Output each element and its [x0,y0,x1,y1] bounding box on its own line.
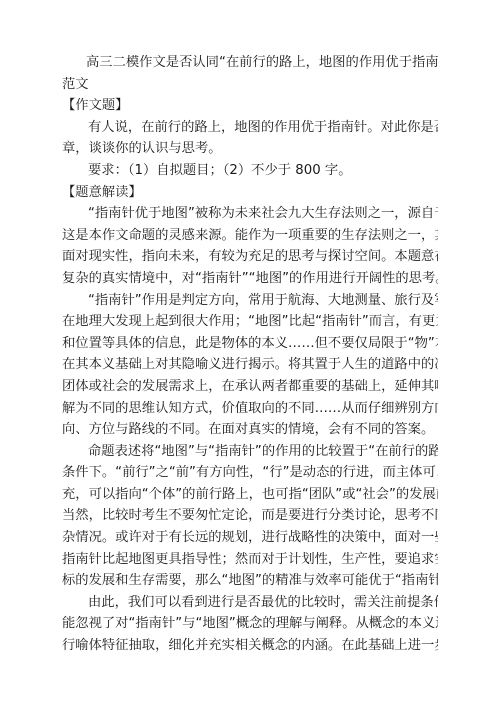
paragraph-line: “指南针”作用是判定方向，常用于航海、大地测量、旅行及军事领域，特别是 [62,290,438,312]
paragraph-line: 在地理大发现上起到很大作用；“地图”比起“指南针”而言，有更为具体的路线 [62,311,438,333]
paragraph-line: 指南针比起地图更具指导性；然而对于计划性，生产性，要追求实现一定阶段性目 [62,549,438,571]
document-page: 高三二模作文是否认同“在前行的路上，地图的作用优于指南针”题意解读及 范文 【作… [62,52,438,657]
paragraph-line: 充，可以指向“个体”的前行路上，也可指“团队”或“社会”的发展前行道路…… [62,484,438,506]
paragraph-line: 在其本义基础上对其隐喻义进行揭示。将其置于人生的道路中的决策或是规划中， [62,354,438,376]
paragraph-line: 当然，比较时考生不要匆忙定论，而是要进行分类讨论，思考不同情形下的各种复 [62,505,438,527]
paragraph-line: 行喻体特征抽取，细化并充实相关概念的内涵。在此基础上进一步推进，思考在使 [62,635,438,657]
requirements-line: 要求：（1）自拟题目；（2）不少于 800 字。 [62,160,438,182]
paragraph-line: 杂情况。或许对于有长远的规划，进行战略性的决策中，面对一些偶然性，那么， [62,527,438,549]
paragraph-line: 命题表述将“地图”与“指南针”的作用的比较置于“在前行的路上”这一限定 [62,441,438,463]
paragraph-line: “指南针优于地图”被称为未来社会九大生存法则之一，源自于《爆裂》一书， [62,203,438,225]
paragraph-line: 向、方位与路线的不同。在面对真实的情境，会有不同的答案。 [62,419,438,441]
paragraph-line: 标的发展和生存需要，那么“地图”的精准与效率可能优于“指南针”…… [62,570,438,592]
paragraph-line: 由此，我们可以看到进行是否最优的比较时，需关注前提条件，但在观照时也不 [62,592,438,614]
paragraph-line: 复杂的真实情境中，对“指南针”“地图”的作用进行开阔性的思考。 [62,268,438,290]
document-title-line-2: 范文 [62,74,438,96]
section-heading-interpretation: 【题意解读】 [62,182,438,204]
paragraph-line: 这是本作文命题的灵感来源。能作为一项重要的生存法则之一，其内涵是丰富的， [62,225,438,247]
section-heading-prompt: 【作文题】 [62,95,438,117]
paragraph-line: 条件下。“前行”之“前”有方向性，“行”是动态的行进，而主体可以进行补 [62,462,438,484]
paragraph-line: 有人说，在前行的路上，地图的作用优于指南针。对此你是否认同？请写一篇文 [62,117,438,139]
paragraph-line: 团体或社会的发展需求上，在承认两者都重要的基础上，延伸其喻体内涵，可以理 [62,376,438,398]
paragraph-line: 章，谈谈你的认识与思考。 [62,138,438,160]
paragraph-line: 能忽视了对“指南针”与“地图”概念的理解与阐释。从概念的本义进行延伸，进 [62,613,438,635]
paragraph-line: 面对现实性，指向未来，有较为充足的思考与探讨空间。本题意在引发学生在不同 [62,246,438,268]
paragraph-line: 解为不同的思维认知方式，价值取向的不同……从而仔细辨别方向与精准、定位与定 [62,398,438,420]
document-title-line-1: 高三二模作文是否认同“在前行的路上，地图的作用优于指南针”题意解读及 [62,52,438,74]
paragraph-line: 和位置等具体的信息，此是物体的本义……但不要仅局限于“物”本身而谈，而是要 [62,333,438,355]
